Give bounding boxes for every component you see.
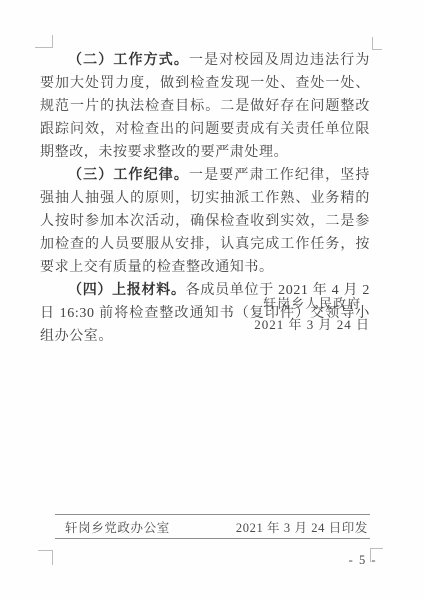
text-boundary-mark-top-right <box>372 37 382 50</box>
page-number: - 5 - <box>349 553 377 568</box>
text-boundary-mark-top-left <box>35 35 53 48</box>
footer-colophon: 轩岗乡党政办公室 2021 年 3 月 24 日印发 <box>55 514 370 539</box>
signature-date: 2021 年 3 月 24 日 <box>254 314 370 335</box>
paragraph-text: 一是要严肃工作纪律，坚持强抽人抽强人的原则，切实抽派工作熟、业务精的人按时参加本… <box>40 168 370 275</box>
paragraph-text: 一是对校园及周边违法行为要加大处罚力度，做到检查发现一处、查处一处、规范一片的执… <box>40 53 370 160</box>
signature-block: 轩岗乡人民政府 2021 年 3 月 24 日 <box>254 293 370 335</box>
footer-print-date: 2021 年 3 月 24 日印发 <box>236 518 368 536</box>
paragraph-work-method: （二）工作方式。一是对校园及周边违法行为要加大处罚力度，做到检查发现一处、查处一… <box>40 49 370 164</box>
paragraph-heading: （三）工作纪律。 <box>68 168 189 183</box>
document-page: （二）工作方式。一是对校园及周边违法行为要加大处罚力度，做到检查发现一处、查处一… <box>0 0 424 600</box>
paragraph-heading: （四）上报材料。 <box>68 283 186 298</box>
paragraph-heading: （二）工作方式。 <box>68 53 189 68</box>
signature-issuer: 轩岗乡人民政府 <box>254 293 370 314</box>
text-boundary-mark-bottom-left <box>38 550 53 565</box>
paragraph-work-discipline: （三）工作纪律。一是要严肃工作纪律，坚持强抽人抽强人的原则，切实抽派工作熟、业务… <box>40 164 370 279</box>
footer-office: 轩岗乡党政办公室 <box>65 518 170 536</box>
